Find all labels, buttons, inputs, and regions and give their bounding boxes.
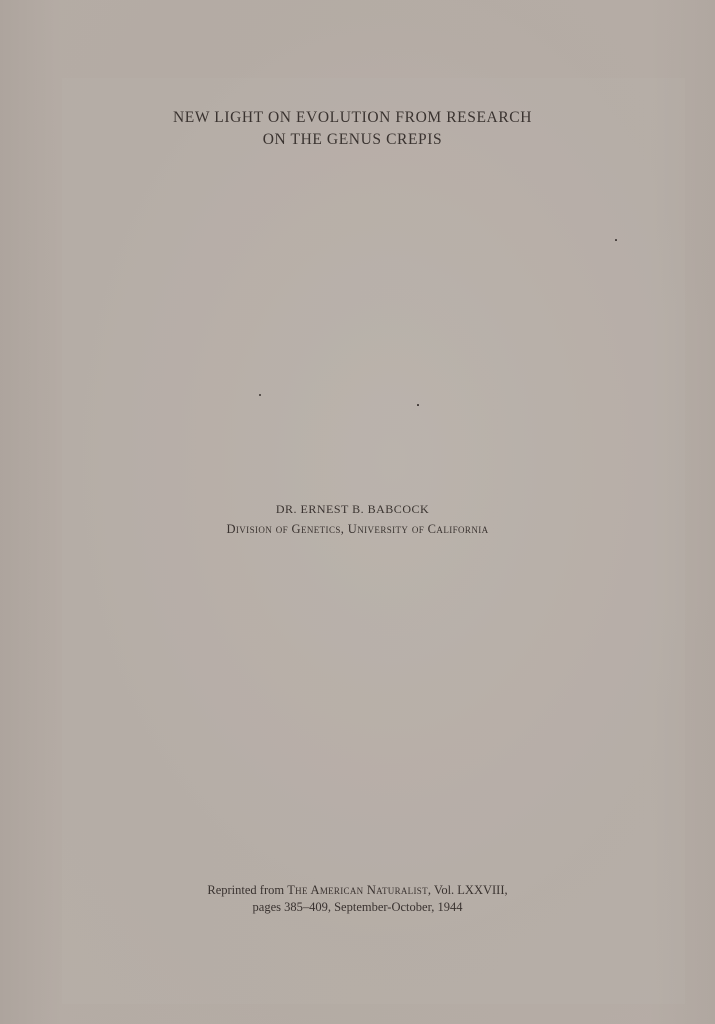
document-title: NEW LIGHT ON EVOLUTION FROM RESEARCH ON …	[0, 107, 715, 151]
title-line-1: NEW LIGHT ON EVOLUTION FROM RESEARCH	[0, 107, 715, 129]
paper-speck	[615, 239, 617, 241]
journal-volume: , Vol. LXXVIII,	[428, 883, 508, 897]
reprint-notice: Reprinted from The American Naturalist, …	[0, 882, 715, 916]
reprint-line-2: pages 385–409, September-October, 1944	[0, 899, 715, 916]
reprint-line-1: Reprinted from The American Naturalist, …	[0, 882, 715, 899]
title-line-2: ON THE GENUS CREPIS	[0, 129, 715, 151]
journal-name: The American Naturalist	[287, 883, 428, 897]
paper-speck	[417, 404, 419, 406]
paper-speck	[259, 394, 261, 396]
reprint-prefix: Reprinted from	[207, 883, 287, 897]
paper-inner-area	[62, 78, 685, 1004]
author-block: DR. ERNEST B. BABCOCK Division of Geneti…	[0, 499, 715, 539]
author-affiliation: Division of Genetics, University of Cali…	[0, 519, 715, 539]
document-page: NEW LIGHT ON EVOLUTION FROM RESEARCH ON …	[0, 0, 715, 1024]
author-name: DR. ERNEST B. BABCOCK	[0, 499, 715, 519]
